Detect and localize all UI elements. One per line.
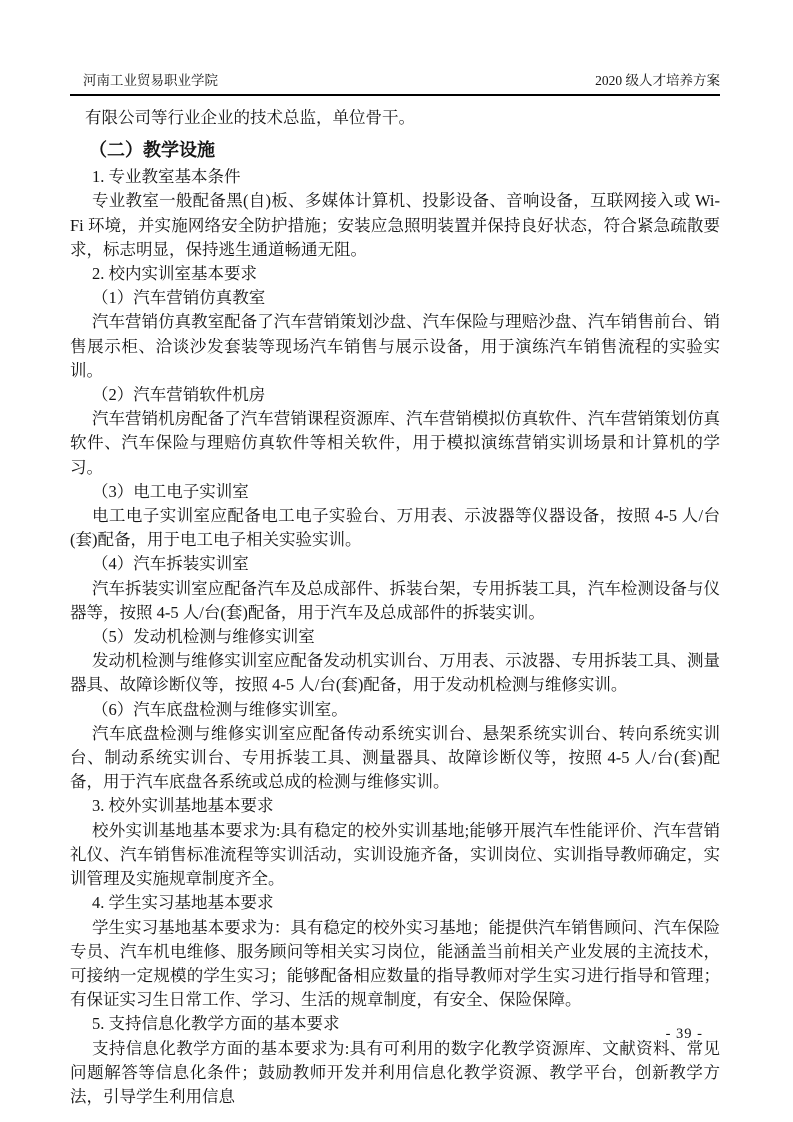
page-number: - 39 -	[666, 1026, 703, 1043]
list-item: 3. 校外实训基地基本要求	[70, 794, 720, 818]
paragraph: 校外实训基地基本要求为:具有稳定的校外实训基地;能够开展汽车性能评价、汽车营销礼…	[70, 819, 720, 892]
list-item: 4. 学生实习基地基本要求	[70, 891, 720, 915]
document-page: 河南工业贸易职业学院 2020 级人才培养方案 有限公司等行业企业的技术总监，单…	[0, 0, 793, 1122]
paragraph: 汽车底盘检测与维修实训室应配备传动系统实训台、悬架系统实训台、转向系统实训台、制…	[70, 722, 720, 795]
paragraph: 发动机检测与维修实训室应配备发动机实训台、万用表、示波器、专用拆装工具、测量器具…	[70, 649, 720, 697]
list-item: （1）汽车营销仿真教室	[70, 286, 720, 310]
list-item: （5）发动机检测与维修实训室	[70, 625, 720, 649]
header-doc-title: 2020 级人才培养方案	[595, 72, 720, 89]
page-header: 河南工业贸易职业学院 2020 级人才培养方案	[70, 72, 720, 89]
paragraph: 汽车营销仿真教室配备了汽车营销策划沙盘、汽车保险与理赔沙盘、汽车销售前台、销售展…	[70, 310, 720, 383]
paragraph: 专业教室一般配备黑(自)板、多媒体计算机、投影设备、音响设备，互联网接入或 Wi…	[70, 189, 720, 262]
header-school-name: 河南工业贸易职业学院	[83, 72, 218, 89]
list-item: （6）汽车底盘检测与维修实训室。	[70, 698, 720, 722]
continuation-line: 有限公司等行业企业的技术总监，单位骨干。	[70, 106, 720, 130]
paragraph: 电工电子实训室应配备电工电子实验台、万用表、示波器等仪器设备，按照 4-5 人/…	[70, 504, 720, 552]
paragraph: 支持信息化教学方面的基本要求为:具有可利用的数字化教学资源库、文献资料、常见问题…	[70, 1037, 720, 1110]
document-body: 有限公司等行业企业的技术总监，单位骨干。 （二）教学设施 1. 专业教室基本条件…	[70, 106, 720, 1109]
list-item: 1. 专业教室基本条件	[70, 165, 720, 189]
section-heading: （二）教学设施	[70, 137, 720, 163]
header-divider	[70, 94, 720, 96]
paragraph: 汽车拆装实训室应配备汽车及总成部件、拆装台架，专用拆装工具，汽车检测设备与仪器等…	[70, 577, 720, 625]
paragraph: 汽车营销机房配备了汽车营销课程资源库、汽车营销模拟仿真软件、汽车营销策划仿真软件…	[70, 407, 720, 480]
list-item: （2）汽车营销软件机房	[70, 383, 720, 407]
list-item: 2. 校内实训室基本要求	[70, 262, 720, 286]
list-item: （3）电工电子实训室	[70, 480, 720, 504]
paragraph: 学生实习基地基本要求为：具有稳定的校外实习基地；能提供汽车销售顾问、汽车保险专员…	[70, 916, 720, 1013]
list-item: （4）汽车拆装实训室	[70, 552, 720, 576]
list-item: 5. 支持信息化教学方面的基本要求	[70, 1012, 720, 1036]
